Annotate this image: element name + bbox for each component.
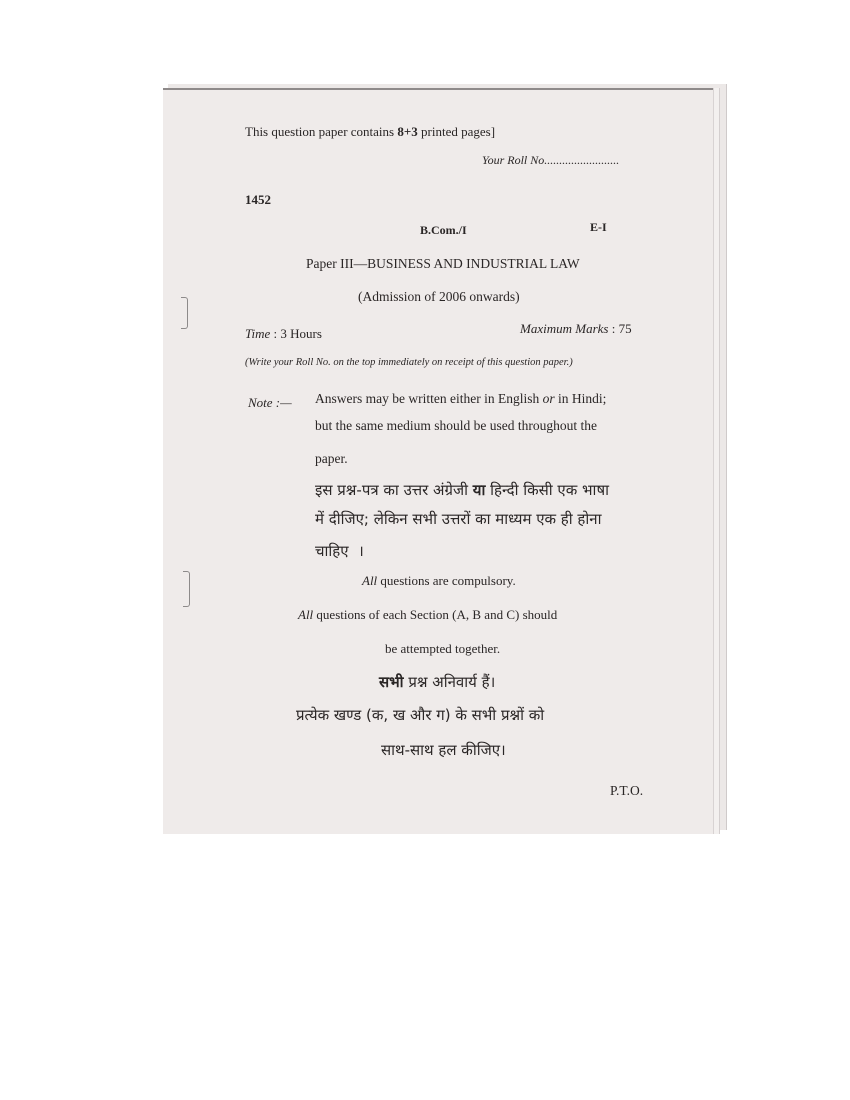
please-turn-over: P.T.O. [610, 783, 643, 799]
time-value: : 3 Hours [270, 326, 322, 341]
hindi-section-instruction-line-1: प्रत्येक खण्ड (क, ख और ग) के सभी प्रश्नो… [296, 705, 544, 725]
note-hindi-line-3: चाहिए । [315, 541, 364, 561]
time-label: Time [245, 326, 270, 341]
exam-duration: Time : 3 Hours [245, 326, 322, 342]
page-count-line: This question paper contains 8+3 printed… [245, 124, 495, 140]
note-hindi-text: हिन्दी किसी एक भाषा [485, 481, 609, 499]
note-text: Answers may be written either in English [315, 391, 543, 406]
note-text: in Hindi; [555, 391, 607, 406]
note-hindi-text: इस प्रश्न-पत्र का उत्तर अंग्रेजी [315, 481, 473, 499]
note-emphasis: or [543, 391, 555, 406]
page-count-prefix: This question paper contains [245, 124, 397, 139]
hindi-all-emphasis: सभी [379, 673, 404, 691]
staple-mark-bottom [183, 571, 190, 607]
note-hindi-emphasis: या [473, 481, 486, 499]
paper-code: 1452 [245, 192, 271, 208]
page-count-suffix: printed pages] [418, 124, 495, 139]
compulsory-text: questions are compulsory. [377, 573, 516, 588]
compulsory-instruction: All questions are compulsory. [362, 573, 516, 589]
roll-number-field: Your Roll No......................... [482, 153, 619, 168]
note-hindi-line-2: में दीजिए; लेकिन सभी उत्तरों का माध्यम ए… [315, 509, 601, 529]
hindi-compulsory-instruction: सभी प्रश्न अनिवार्य हैं। [379, 672, 495, 692]
section-instruction-line-2: be attempted together. [385, 641, 500, 657]
section-text: questions of each Section (A, B and C) s… [313, 607, 557, 622]
note-english-line-3: paper. [315, 451, 348, 467]
paper-title: Paper III—BUSINESS AND INDUSTRIAL LAW [306, 256, 580, 272]
all-emphasis: All [298, 607, 313, 622]
hindi-compulsory-text: प्रश्न अनिवार्य हैं। [404, 673, 496, 691]
hindi-section-instruction-line-2: साथ-साथ हल कीजिए। [381, 740, 506, 760]
admission-note: (Admission of 2006 onwards) [358, 289, 520, 305]
maximum-marks: Maximum Marks : 75 [520, 321, 632, 337]
marks-value: : 75 [608, 321, 631, 336]
note-hindi-line-1: इस प्रश्न-पत्र का उत्तर अंग्रेजी या हिन्… [315, 480, 609, 500]
roll-number-instruction: (Write your Roll No. on the top immediat… [245, 357, 573, 368]
marks-label: Maximum Marks [520, 321, 608, 336]
all-emphasis: All [362, 573, 377, 588]
course-name: B.Com./I [420, 223, 467, 238]
section-instruction-line-1: All questions of each Section (A, B and … [298, 607, 557, 623]
note-english-line-2: but the same medium should be used throu… [315, 418, 597, 434]
set-code: E-I [590, 220, 607, 235]
note-label: Note :— [248, 395, 292, 411]
page-count-value: 8+3 [397, 124, 417, 139]
staple-mark-top [181, 297, 188, 329]
note-english-line-1: Answers may be written either in English… [315, 391, 606, 407]
